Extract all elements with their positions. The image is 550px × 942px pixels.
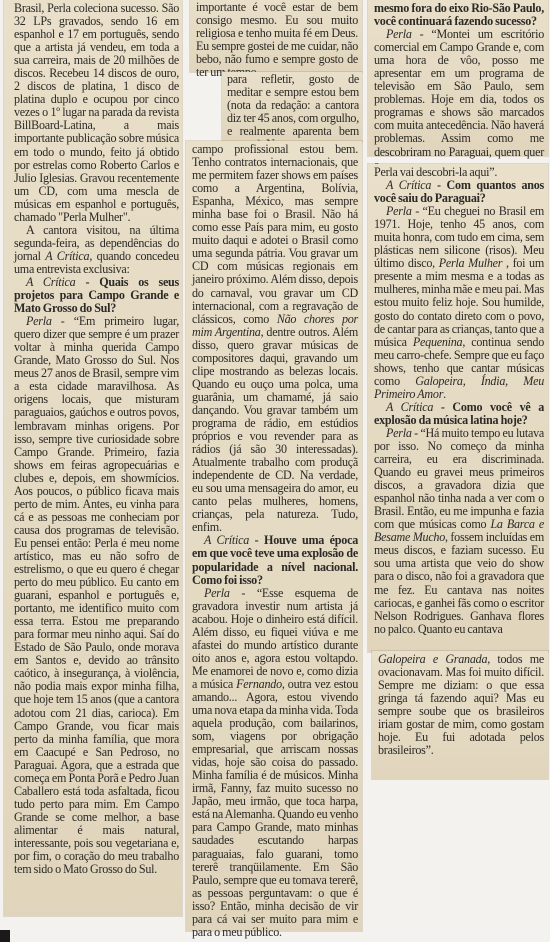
clipping-column-2-top: importante é você estar de bem consigo m… <box>190 0 362 72</box>
interviewer-label: A Crítica <box>26 275 75 289</box>
answer-text-end: . <box>443 387 446 401</box>
question-age: A Crítica - Com quantos anos você saiu d… <box>374 179 544 205</box>
career-text: campo profissional estou bem. Tenho cont… <box>192 142 358 326</box>
answer-age: Perla - “Eu cheguei no Brasil em 1971. H… <box>374 205 544 401</box>
answer-text: - “Esse esquema de gravadora investir nu… <box>192 586 358 691</box>
interviewee-label: Perla <box>386 426 412 440</box>
interviewer-label: A Crítica <box>386 400 433 414</box>
clipping-column-2-indented: para refletir, gosto de meditar e sempre… <box>222 72 362 142</box>
continuation-paragraph: importante é você estar de bem consigo m… <box>196 1 358 79</box>
career-text-end: , dentre outros. Além disso, quero grava… <box>192 325 358 535</box>
answer-text-end: , outra vez estou amando... Agora, estou… <box>192 677 358 939</box>
answer-projects: Perla - “Em primeiro lugar, quero dizer … <box>14 315 179 876</box>
scan-edge <box>0 930 10 942</box>
clipping-column-3-middle: Perla vai descobri-la aqui”. A Crítica -… <box>368 164 548 652</box>
newspaper-name: A Crítica <box>45 249 89 263</box>
question-latin-music: A Crítica - Como você vê a explosão da m… <box>374 401 544 427</box>
song-titles: Galopeira e Granada <box>378 652 487 666</box>
answer-text: - “Montei um escritório comercial em Cam… <box>374 27 544 171</box>
interviewer-label: A Crítica <box>386 178 431 192</box>
answer-continue-success: Perla - “Montei um escritório comercial … <box>374 28 544 172</box>
clipping-column-1: Brasil, Perla coleciona sucesso. São 32 … <box>4 0 182 916</box>
album-title: Perla Mulher <box>439 256 503 270</box>
answer-text-end: , todos me ovacionavam. Mas foi muito di… <box>378 652 544 757</box>
answer-latin-music-end: Galopeira e Granada, todos me ovacionava… <box>378 653 544 757</box>
clipping-column-3-top: mesmo fora do eixo Rio-São Paulo, você c… <box>368 0 548 156</box>
question-popularity: A Crítica - Houve uma época em que você … <box>192 534 358 586</box>
song-title: Pequenina <box>413 335 462 349</box>
question-projects: A Crítica - Quais os seus projetos para … <box>14 276 179 315</box>
interviewee-label: Perla <box>26 314 52 328</box>
answer-latin-music: Perla - “Há muito tempo eu lutava por is… <box>374 427 544 636</box>
interviewer-label: A Crítica <box>204 533 249 547</box>
visit-paragraph: A cantora visitou, na última segunda-fei… <box>14 224 179 276</box>
answer-text: - “Em primeiro lugar, quero dizer que se… <box>14 314 179 876</box>
editor-note-paragraph: para refletir, gosto de meditar e sempre… <box>227 73 359 151</box>
intro-paragraph: Brasil, Perla coleciona sucesso. São 32 … <box>14 2 179 224</box>
interviewee-label: Perla <box>204 586 230 600</box>
clipping-column-2-main: campo profissional estou bem. Tenho cont… <box>186 141 362 931</box>
answer-popularity: Perla - “Esse esquema de gravadora inves… <box>192 587 358 939</box>
interviewee-label: Perla <box>386 27 412 41</box>
clipping-column-3-bottom: Galopeira e Granada, todos me ovacionava… <box>372 651 548 779</box>
interviewee-label: Perla <box>386 204 412 218</box>
answer-text: - “Há muito tempo eu lutava por isso. No… <box>374 426 544 531</box>
question-continue-success: mesmo fora do eixo Rio-São Paulo, você c… <box>374 2 544 28</box>
song-title: Fernando <box>236 677 282 691</box>
career-paragraph: campo profissional estou bem. Tenho cont… <box>192 143 358 534</box>
answer-text-2: , fossem incluídas em meus discos, e faz… <box>374 530 544 635</box>
